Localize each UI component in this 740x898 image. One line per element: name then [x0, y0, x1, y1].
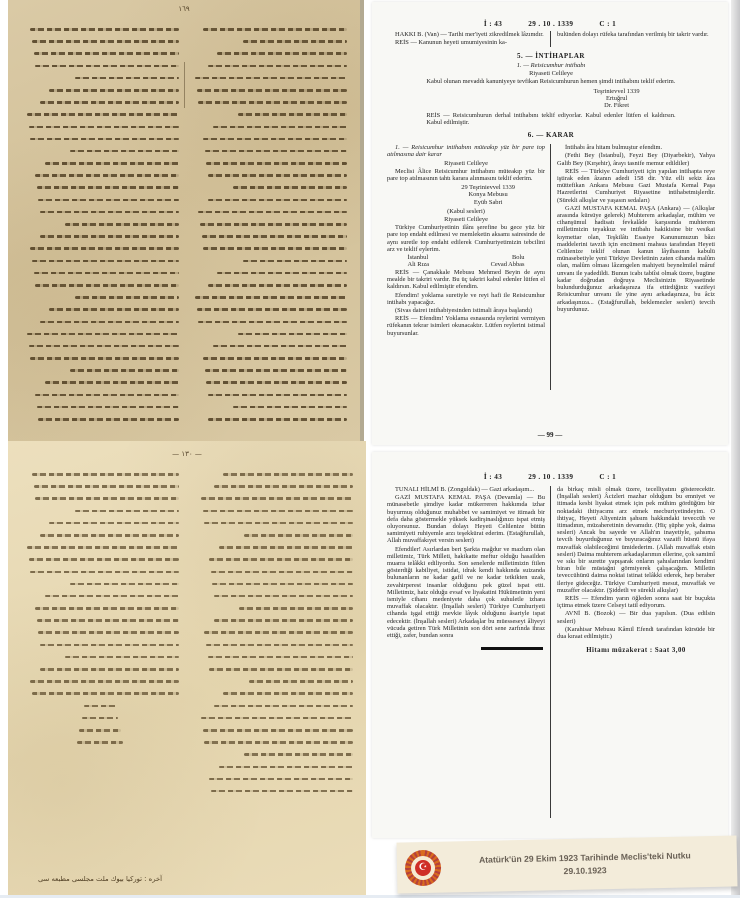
closing-time-line: Hitamı müzakerat : Saat 3,00 — [557, 647, 715, 654]
ottoman-text-line — [29, 126, 179, 129]
ottoman-page-top: ١٦٩ — [8, 0, 364, 441]
ottoman-text-line — [77, 741, 123, 744]
centered-line: (Kabul sesleri) — [387, 208, 545, 215]
ottoman-text-line — [40, 534, 179, 537]
two-column-section: 1. — Reisicumhur intihabını müteakıp yüz… — [372, 141, 728, 390]
ottoman-text-line — [206, 162, 347, 165]
ottoman-text-line — [34, 272, 179, 275]
ottoman-text-line — [239, 607, 353, 610]
paragraph-continuation: da birkaç misli olmak üzere, tecelliyatı… — [557, 486, 715, 594]
ottoman-text-line — [79, 729, 120, 732]
caption-text: Atatürk'ün 29 Ekim 1923 Tarihinde Meclis… — [441, 848, 729, 880]
ottoman-text-line — [75, 77, 179, 80]
ottoman-text-line — [206, 381, 347, 384]
session-part: C : 1 — [599, 20, 616, 28]
signature-line: 29 Teşrinievvel 1339 — [431, 184, 545, 191]
paragraph: (Sivas dairei intihabiyesinden istimali … — [387, 307, 545, 314]
ottoman-column-right — [189, 28, 347, 433]
signature-line: Konya Mebusu — [431, 191, 545, 198]
paragraph: GAZİ MUSTAFA KEMAL PAŞA (Devamla) — Bu m… — [387, 494, 545, 544]
centered-line: Riyaseti Celileye — [387, 216, 545, 223]
ottoman-text-line — [204, 741, 353, 744]
text-column-left: 1. — Reisicumhur intihabını müteakıp yüz… — [387, 144, 550, 390]
ottoman-text-line — [29, 345, 179, 348]
ottoman-text-line — [30, 138, 179, 141]
ottoman-text-line — [209, 668, 353, 671]
ottoman-text-line — [37, 186, 179, 189]
ottoman-text-line — [244, 534, 353, 537]
ottoman-text-line — [208, 284, 347, 287]
ottoman-text-line — [201, 497, 353, 500]
ottoman-text-line — [49, 89, 179, 92]
ottoman-text-line — [213, 345, 347, 348]
ottoman-text-line — [212, 583, 353, 586]
intro-column-right: bulünden dolayı rüfeka tarafından verilm… — [550, 31, 715, 47]
paragraph: GAZİ MUSTAFA KEMAL PAŞA (Ankara) — (Alkı… — [557, 205, 715, 313]
ottoman-text-line — [208, 65, 347, 68]
ottoman-text-line — [35, 284, 179, 287]
ottoman-text-line — [29, 558, 179, 561]
ottoman-text-line — [82, 717, 118, 720]
ottoman-text-line — [203, 729, 353, 732]
ottoman-text-line — [205, 369, 347, 372]
paragraph: REİS — Çanakkale Mebusu Mehmed Beyin de … — [387, 269, 545, 291]
page-intro-section: HAKKI B. (Van) — Tarihi mer'iyeti zikred… — [372, 28, 728, 139]
ottoman-text-line — [197, 308, 347, 311]
ottoman-text-line — [30, 28, 179, 31]
petition-paragraph: Kabul olunan mevaddı kanuniyeye tevfikan… — [426, 78, 675, 85]
ottoman-text-line — [34, 52, 179, 55]
minutes-page-top: İ : 43 29 . 10 . 1339 C : 1 HAKKI B. (Va… — [372, 2, 728, 445]
ottoman-text-line — [40, 211, 179, 214]
ottoman-text-line — [243, 260, 347, 263]
column-divider — [184, 62, 185, 108]
paragraph: Efendiler! Asırlardan beri Şarkta mağdur… — [387, 546, 545, 640]
ottoman-column-left — [21, 28, 179, 433]
name-left: Ali Rıza — [408, 261, 429, 268]
paragraph: TUNALI HİLMİ B. (Zonguldak) — Gazi arkad… — [387, 486, 545, 493]
ottoman-text-line — [214, 619, 353, 622]
ottoman-text-line — [40, 235, 179, 238]
paragraph: Türkiye Cumhuriyetinin ilânı şerefine bu… — [387, 224, 545, 253]
ottoman-text-line — [217, 272, 347, 275]
subsection-title: 1. — Reisicumhur intihabı — [387, 62, 715, 69]
signature-line: Ertuğrul — [551, 95, 682, 102]
ottoman-text-line — [45, 162, 179, 165]
tbmm-seal-icon: ☪ — [405, 849, 442, 886]
ottoman-text-line — [208, 656, 353, 659]
ottoman-text-line — [37, 619, 179, 622]
ottoman-text-line — [198, 211, 347, 214]
ottoman-text-line — [197, 89, 347, 92]
petition-paragraph: REİS — Reisicumhurun derhal intihabını t… — [426, 112, 675, 126]
ottoman-text-line — [219, 766, 353, 769]
centered-line: Riyaseti Celileye — [387, 160, 545, 167]
paragraph: (Fethi Bey (İstanbul), Feyzi Bey (Diyarb… — [557, 152, 715, 166]
ottoman-page-bottom: — ١٣٠ — آخره : تورکیا بیوك ملت مجلسی مطب… — [8, 441, 366, 898]
ottoman-text-line — [214, 705, 353, 708]
ottoman-text-line — [195, 296, 347, 299]
ottoman-text-line — [244, 753, 353, 756]
printing-house-imprint: آخره : تورکیا بیوك ملت مجلسی مطبعه سی — [38, 875, 162, 883]
ottoman-column-left — [21, 473, 179, 821]
two-column-section: TUNALI HİLMİ B. (Zonguldak) — Gazi arkad… — [372, 483, 728, 818]
ottoman-text-line — [211, 790, 353, 793]
session-date: 29 . 10 . 1339 — [528, 473, 573, 481]
signature-line: Dr. Fikret — [551, 102, 682, 109]
ottoman-text-line — [200, 223, 347, 226]
ottoman-text-line — [223, 692, 353, 695]
ottoman-text-line — [238, 113, 347, 116]
ottoman-text-line — [40, 644, 179, 647]
name-right: Cevad Abbas — [491, 261, 525, 268]
ottoman-text-line — [70, 150, 179, 153]
ottoman-text-line — [208, 418, 347, 421]
ottoman-text-line — [35, 65, 179, 68]
ottoman-text-line — [70, 369, 179, 372]
ottoman-text-line — [30, 357, 179, 360]
session-number: İ : 43 — [484, 20, 502, 28]
ottoman-text-line — [219, 546, 353, 549]
ottoman-text-line — [75, 510, 179, 513]
ottoman-text-line — [213, 126, 347, 129]
ottoman-text-line — [40, 321, 179, 324]
ottoman-text-line — [37, 406, 179, 409]
ottoman-text-line — [195, 77, 347, 80]
ottoman-text-line — [49, 308, 179, 311]
ottoman-text-line — [201, 717, 353, 720]
ottoman-text-line — [209, 778, 353, 781]
ottoman-text-line — [35, 607, 179, 610]
ottoman-text-line — [30, 680, 179, 683]
ottoman-text-line — [209, 558, 353, 561]
ottoman-text-line — [211, 571, 353, 574]
ottoman-text-line — [202, 235, 347, 238]
ottoman-text-line — [40, 101, 179, 104]
paragraph: Meclisi Âlice Reisicumhur intihabını müt… — [387, 168, 545, 182]
paragraph-continuation: bulünden dolayı rüfeka tarafından verilm… — [557, 31, 715, 38]
ottoman-text-line — [34, 485, 179, 488]
ottoman-text-line — [203, 138, 347, 141]
ottoman-text-line — [32, 692, 179, 695]
session-header: İ : 43 29 . 10 . 1339 C : 1 — [372, 452, 728, 481]
ottoman-text-line — [30, 571, 179, 574]
intro-column-left: HAKKI B. (Van) — Tarihi mer'iyeti zikred… — [387, 31, 550, 47]
session-date: 29 . 10 . 1339 — [528, 20, 573, 28]
ottoman-text-line — [45, 595, 179, 598]
ottoman-text-line — [203, 357, 347, 360]
page-number: — ١٣٠ — — [8, 450, 366, 458]
ottoman-text-line — [65, 656, 179, 659]
section-heading: 5. — İNTİHAPLAR — [387, 52, 715, 60]
minutes-page-bottom: İ : 43 29 . 10 . 1339 C : 1 TUNALI HİLMİ… — [372, 452, 728, 838]
star-and-crescent-icon: ☪ — [415, 859, 431, 875]
paragraph: İntihabı âra hitam bulmuştur efendim. — [557, 144, 715, 151]
ottoman-text-line — [75, 296, 179, 299]
ottoman-text-line — [233, 186, 347, 189]
session-number: İ : 43 — [484, 473, 502, 481]
page-number: ١٦٩ — [8, 5, 360, 13]
ottoman-text-line — [32, 473, 179, 476]
ottoman-text-line — [198, 101, 347, 104]
ottoman-text-line — [205, 150, 347, 153]
ottoman-text-line — [208, 199, 347, 202]
ottoman-text-line — [203, 247, 347, 250]
ottoman-text-line — [38, 199, 179, 202]
ottoman-text-line — [204, 522, 353, 525]
ottoman-text-line — [65, 223, 179, 226]
paragraph: HAKKI B. (Van) — Tarihi mer'iyeti zikred… — [387, 31, 545, 38]
ottoman-text-line — [204, 631, 353, 634]
ottoman-text-line — [203, 510, 353, 513]
name-row: Ali RızaCevad Abbas — [387, 261, 545, 268]
paragraph: REİS — Kanunun heyeti umumiyesinin ka- — [387, 39, 545, 46]
two-column-intro: HAKKI B. (Van) — Tarihi mer'iyeti zikred… — [387, 31, 715, 47]
page-number: — 99 — — [372, 431, 728, 439]
signature-line: Eyüb Sabri — [431, 199, 545, 206]
decision-title: 1. — Reisicumhur intihabını müteakıp yüz… — [387, 144, 545, 158]
ottoman-text-line — [238, 333, 347, 336]
ottoman-text-line — [217, 52, 347, 55]
screenshot-root: ١٦٩ — ١٣٠ — آخره : تورکیا بیوك ملت مجلسی… — [0, 0, 740, 898]
name-left: İstanbul — [408, 254, 429, 261]
ottoman-text-line — [198, 321, 347, 324]
ottoman-text-line — [208, 394, 347, 397]
ottoman-text-line — [214, 485, 353, 488]
ottoman-text-line — [214, 595, 353, 598]
end-rule — [481, 647, 543, 649]
name-row: İstanbulBolu — [387, 254, 545, 261]
ottoman-text-line — [27, 546, 179, 549]
window-right-edge — [731, 0, 740, 898]
ottoman-text-line — [233, 406, 347, 409]
ottoman-text-line — [27, 333, 179, 336]
signature-block: Teşrinievvel 1339ErtuğrulDr. Fikret — [551, 88, 682, 110]
signature-block: 29 Teşrinievvel 1339Konya MebusuEyüb Sab… — [431, 184, 545, 206]
signature-line: Teşrinievvel 1339 — [551, 88, 682, 95]
ottoman-text-line — [30, 247, 179, 250]
ottoman-text-line — [208, 174, 347, 177]
section-heading: 6. — KARAR — [387, 131, 715, 139]
paragraph: (Karahisar Mebusu Kâmil Efendi tarafında… — [557, 626, 715, 640]
ottoman-text-line — [223, 473, 353, 476]
caption-strip: ☪ Atatürk'ün 29 Ekim 1923 Tarihinde Mecl… — [397, 835, 738, 893]
ottoman-text-line — [27, 113, 179, 116]
text-column-right: İntihabı âra hitam bulmuştur efendim.(Fe… — [550, 144, 715, 390]
centered-line: Riyaseti Celileye — [387, 70, 715, 77]
ottoman-text-line — [38, 418, 179, 421]
ottoman-text-line — [35, 394, 179, 397]
text-column-right: da birkaç misli olmak üzere, tecelliyatı… — [550, 486, 715, 818]
ottoman-text-line — [249, 680, 353, 683]
paragraph: REİS — Efendim! Yoklama esnasında reyler… — [387, 315, 545, 337]
ottoman-text-line — [32, 40, 179, 43]
ottoman-text-line — [45, 381, 179, 384]
paragraph: REİS — Türkiye Cumhuriyeti için yapılan … — [557, 168, 715, 204]
paragraph: AVNİ B. (Bozok) — Bir dua yapılsın. (Dua… — [557, 610, 715, 624]
ottoman-text-line — [35, 497, 179, 500]
ottoman-text-line — [35, 174, 179, 177]
paragraph: REİS — Efendim yarın öğleden sonra saat … — [557, 595, 715, 609]
ottoman-text-line — [40, 668, 179, 671]
ottoman-text-line — [84, 705, 116, 708]
ottoman-column-right — [195, 473, 353, 821]
name-right: Bolu — [512, 254, 524, 261]
ottoman-text-line — [32, 260, 179, 263]
ottoman-text-line — [38, 631, 179, 634]
ottoman-text-line — [243, 40, 347, 43]
session-header: İ : 43 29 . 10 . 1339 C : 1 — [372, 2, 728, 28]
text-column-left: TUNALI HİLMİ B. (Zonguldak) — Gazi arkad… — [387, 486, 550, 818]
session-part: C : 1 — [599, 473, 616, 481]
paragraph: Efendim! yoklama suretiyle ve reyi hafi … — [387, 292, 545, 306]
ottoman-text-line — [70, 583, 179, 586]
ottoman-text-line — [203, 28, 347, 31]
ottoman-text-line — [206, 644, 353, 647]
ottoman-text-line — [49, 522, 179, 525]
